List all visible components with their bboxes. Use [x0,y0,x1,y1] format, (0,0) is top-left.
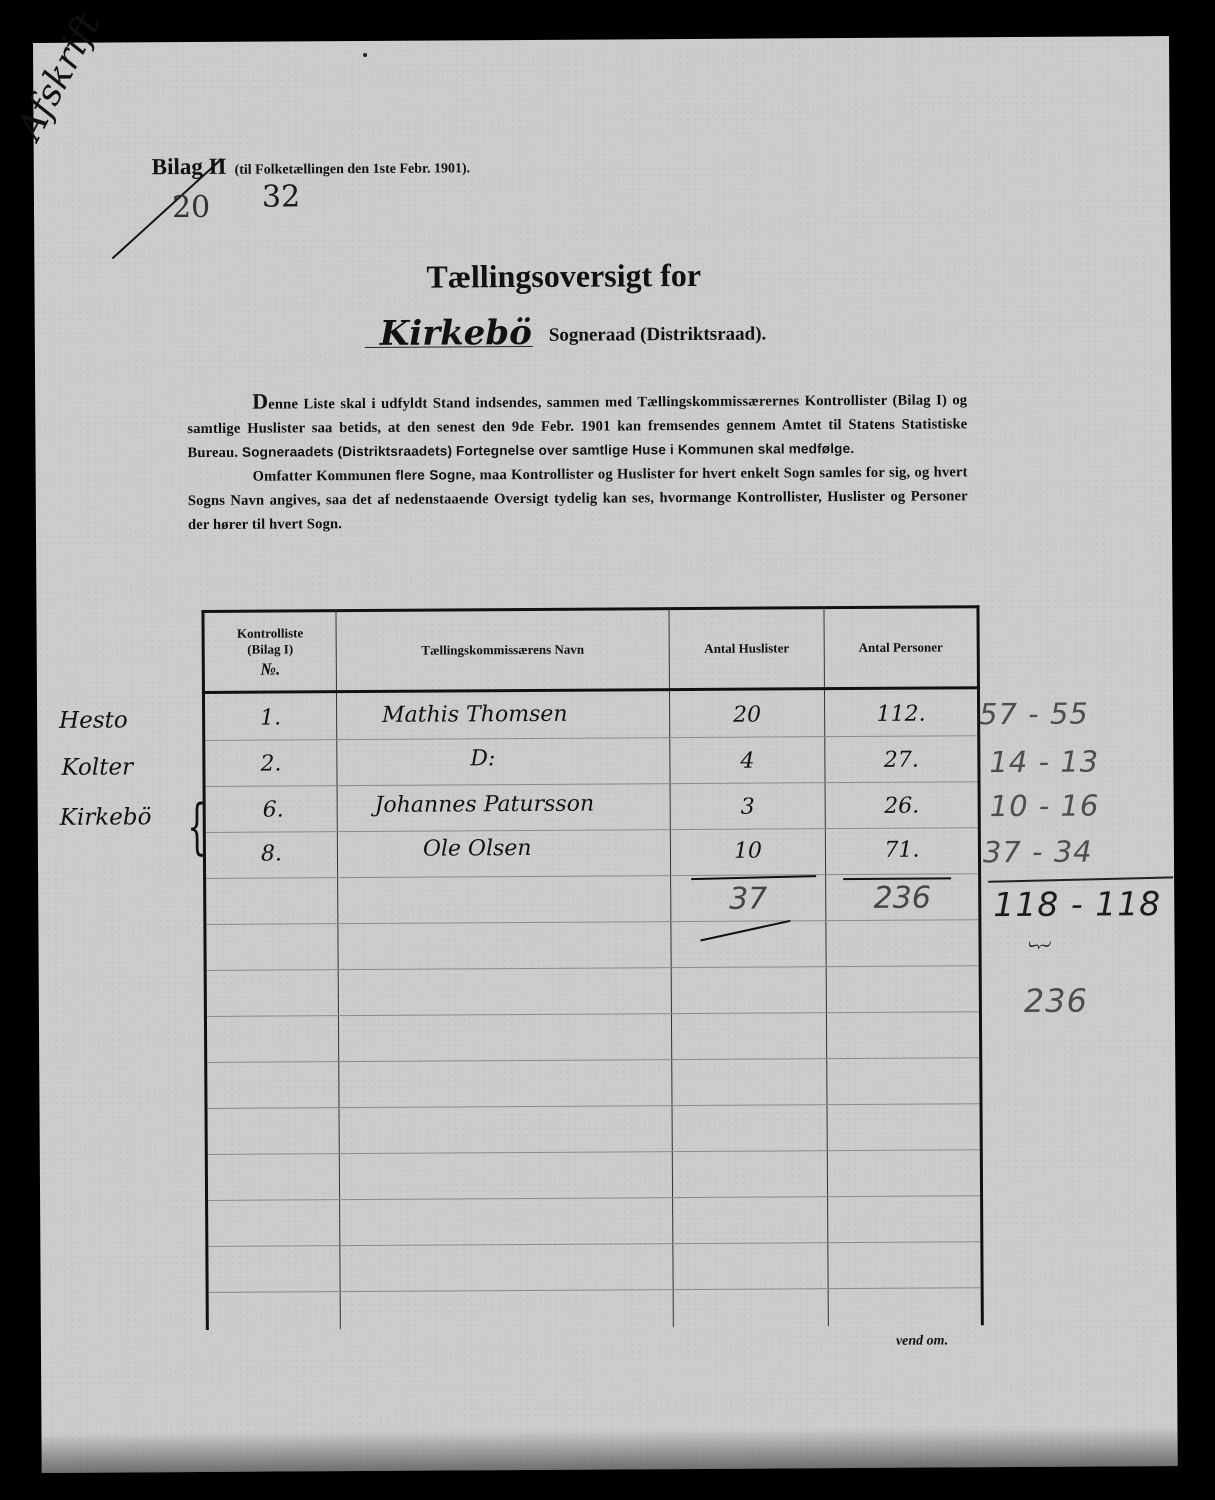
calc-line-3: 10 - 16 [990,789,1100,824]
header-text: Antal Personer [859,639,943,656]
total-personer: 236 [826,880,978,916]
calc-total: 236 [1024,982,1088,1020]
ref-number-left: 20 [172,190,210,225]
header-antal-personer: Antal Personer [824,608,976,687]
calc-subtotal: 118 - 118 [993,884,1161,924]
row-2-no: 2. [260,751,281,776]
row-rule [208,1103,980,1109]
calc-sum-line [988,876,1173,882]
row-4-name: Ole Olsen [423,836,532,862]
row-rule [209,1287,981,1293]
census-table: Kontrolliste (Bilag I) №. Tællingskommis… [201,605,983,1330]
instructions-paragraph-1: Denne Liste skal i udfyldt Stand indsend… [187,385,967,465]
parish-kirkebo: Kirkebö [60,804,152,831]
row-rule [207,965,979,971]
instructions-text-2a: Omfatter Kommunen [253,468,396,485]
row-rule [208,1149,980,1155]
row-1-no: 1. [260,705,281,730]
instructions: Denne Liste skal i udfyldt Stand indsend… [187,385,968,537]
header-kontrolliste: Kontrolliste (Bilag I) №. [204,612,335,691]
header-number-sign: №. [260,662,280,678]
row-1-personer: 112. [825,701,977,727]
ref-number-right: 32 [262,179,300,214]
census-form-page: Afskrift Bilag II (til Folketællingen de… [33,36,1178,1473]
sogn-label: Sogneraad (Distriktsraad). [549,324,767,347]
footer-vend-om: vend om. [896,1333,948,1349]
total-underline [700,920,790,942]
ink-speck [363,53,367,57]
row-rule [207,1057,979,1063]
calc-line-4: 37 - 34 [983,835,1093,870]
row-4-personer: 71. [826,837,978,863]
row-3-no: 6. [263,797,284,822]
parish-names: Hesto Kolter Kirkebö { [33,36,1169,43]
header-text: Kontrolliste [237,625,303,641]
afskrift-stamp: Afskrift [9,7,108,146]
row-2-huslister: 4 [670,748,824,774]
header-text: Antal Huslister [704,640,789,657]
parish-hesto: Hesto [59,707,128,733]
row-2-personer: 27. [825,747,977,773]
row-rule [206,827,978,833]
row-1-huslister: 20 [670,702,824,728]
total-huslister: 37 [671,881,825,917]
margin-calculation: 57 - 55 14 - 13 10 - 16 37 - 34 118 - 11… [33,36,1169,43]
row-rule [206,781,978,787]
calc-brace: ︸ [1024,937,1047,968]
calc-line-2: 14 - 13 [989,745,1099,780]
row-4-huslister: 10 [671,838,825,864]
header-kommissaer-navn: Tællingskommissærens Navn [336,610,668,690]
row-rule [205,735,977,741]
page-title: Tællingsoversigt for [426,257,701,296]
row-rule [208,1195,980,1201]
instructions-bold-2: flere Sogne [395,467,471,482]
parish-brace: { [187,797,206,857]
row-rule [206,919,978,925]
instructions-paragraph-2: Omfatter Kommunen flere Sogne, maa Kontr… [188,460,968,537]
row-3-personer: 26. [826,793,978,819]
bilag-heading: Bilag II (til Folketællingen den 1ste Fe… [152,152,470,180]
bilag-subtitle: (til Folketællingen den 1ste Febr. 1901)… [235,161,471,177]
calc-line-1: 57 - 55 [979,697,1089,732]
instructions-bold-1: Sogneraadets (Distriktsraadets) Fortegne… [242,441,854,460]
header-text: Tællingskommissærens Navn [421,642,584,659]
row-3-name: Johannes Patursson [375,792,595,818]
header-text: (Bilag I) [247,641,293,657]
row-2-name: D: [470,746,495,771]
row-rule [207,1011,979,1017]
row-3-huslister: 3 [671,794,825,820]
parish-kolter: Kolter [61,754,133,780]
dropcap: D [252,389,268,414]
row-1-name: Mathis Thomsen [382,702,568,728]
header-antal-huslister: Antal Huslister [669,609,823,688]
row-4-no: 8. [261,841,282,866]
row-rule [208,1241,980,1247]
bilag-label: Bilag II [152,154,227,179]
